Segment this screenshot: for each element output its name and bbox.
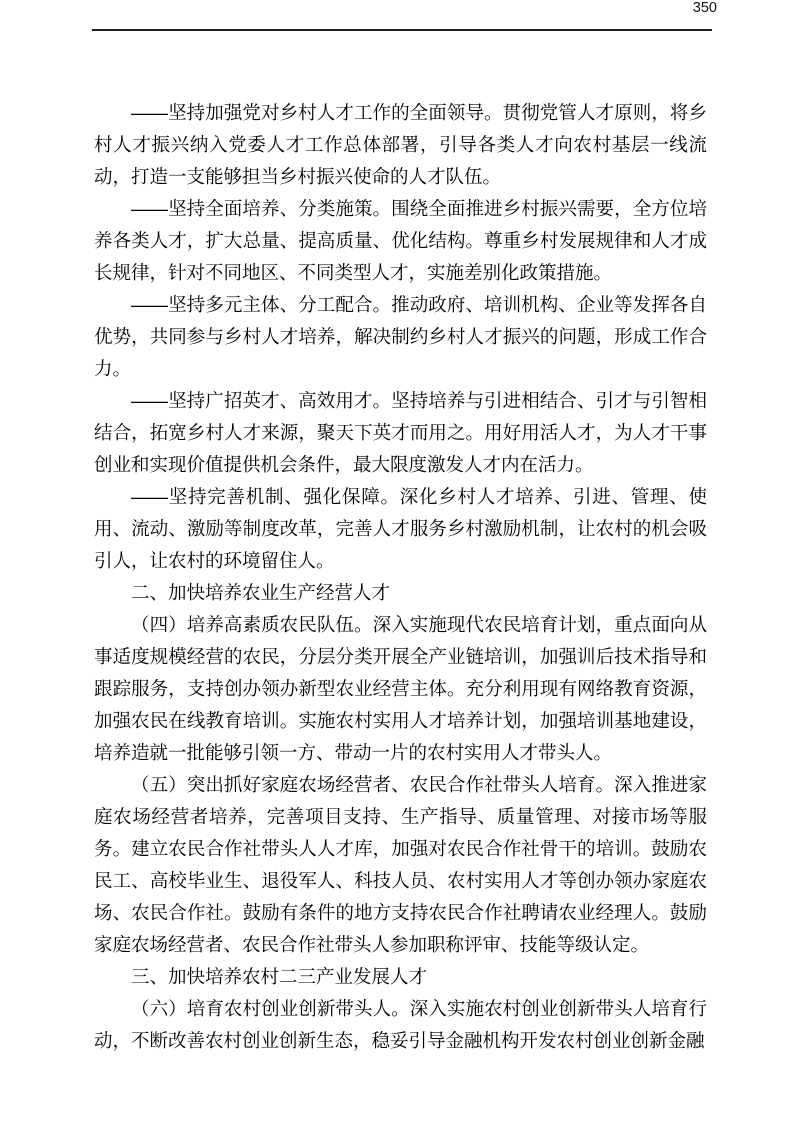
paragraph-policy-training: ——坚持全面培养、分类施策。围绕全面推进乡村振兴需要，全方位培养各类人才，扩大总… bbox=[94, 193, 707, 289]
paragraph-policy-mechanism: ——坚持完善机制、强化保障。深化乡村人才培养、引进、管理、使用、流动、激励等制度… bbox=[94, 481, 707, 577]
document-page: { "page": { "number": "350" }, "document… bbox=[0, 0, 793, 1122]
section-heading-2: 二、加快培养农业生产经营人才 bbox=[94, 577, 707, 609]
paragraph-item-5: （五）突出抓好家庭农场经营者、农民合作社带头人培育。深入推进家庭农场经营者培养，… bbox=[94, 769, 707, 961]
paragraph-item-4: （四）培养高素质农民队伍。深入实施现代农民培育计划，重点面向从事适度规模经营的农… bbox=[94, 609, 707, 769]
page-number: 350 bbox=[693, 0, 717, 16]
paragraph-item-6: （六）培育农村创业创新带头人。深入实施农村创业创新带头人培育行动，不断改善农村创… bbox=[94, 993, 707, 1057]
section-heading-3: 三、加快培养农村二三产业发展人才 bbox=[94, 961, 707, 993]
paragraph-policy-cooperation: ——坚持多元主体、分工配合。推动政府、培训机构、企业等发挥各自优势，共同参与乡村… bbox=[94, 289, 707, 385]
paragraph-policy-talent-recruiting: ——坚持广招英才、高效用才。坚持培养与引进相结合、引才与引智相结合，拓宽乡村人才… bbox=[94, 385, 707, 481]
header-rule bbox=[92, 29, 712, 31]
paragraph-policy-leadership: ——坚持加强党对乡村人才工作的全面领导。贯彻党管人才原则，将乡村人才振兴纳入党委… bbox=[94, 97, 707, 193]
document-body: ——坚持加强党对乡村人才工作的全面领导。贯彻党管人才原则，将乡村人才振兴纳入党委… bbox=[94, 97, 707, 1057]
